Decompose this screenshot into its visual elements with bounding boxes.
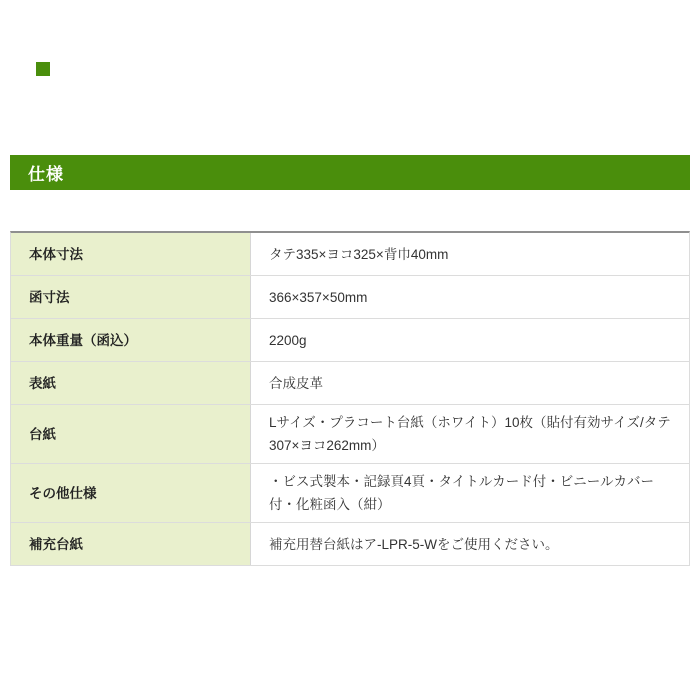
green-square-marker [36,62,50,76]
spec-table-row: 補充台紙補充用替台紙はア-LPR-5-Wをご使用ください。 [11,523,689,565]
spec-row-value: 補充用替台紙はア-LPR-5-Wをご使用ください。 [251,523,689,565]
spec-table-row: 台紙Lサイズ・プラコート台紙（ホワイト）10枚（貼付有効サイズ/タテ307×ヨコ… [11,405,689,464]
spec-table-row: 本体寸法タテ335×ヨコ325×背巾40mm [11,233,689,276]
spec-table: 本体寸法タテ335×ヨコ325×背巾40mm函寸法366×357×50mm本体重… [10,231,690,566]
spec-row-label: 台紙 [11,405,251,463]
spec-section-header: 仕様 [10,155,690,190]
spec-section-title: 仕様 [28,160,64,185]
spec-table-row: 本体重量（函込）2200g [11,319,689,362]
spec-row-value: タテ335×ヨコ325×背巾40mm [251,233,689,275]
spec-row-label: 本体寸法 [11,233,251,275]
spec-row-value: 合成皮革 [251,362,689,404]
spec-row-label: 表紙 [11,362,251,404]
spec-row-value: 366×357×50mm [251,276,689,318]
spec-row-label: 補充台紙 [11,523,251,565]
spec-row-label: その他仕様 [11,464,251,522]
spec-row-label: 函寸法 [11,276,251,318]
spec-row-value: 2200g [251,319,689,361]
spec-row-value: ・ビス式製本・記録頁4頁・タイトルカード付・ビニールカバー付・化粧函入（紺） [251,464,689,522]
product-spec-page: 仕様 本体寸法タテ335×ヨコ325×背巾40mm函寸法366×357×50mm… [0,0,700,700]
spec-table-row: その他仕様・ビス式製本・記録頁4頁・タイトルカード付・ビニールカバー付・化粧函入… [11,464,689,523]
spec-row-value: Lサイズ・プラコート台紙（ホワイト）10枚（貼付有効サイズ/タテ307×ヨコ26… [251,405,689,463]
spec-table-row: 函寸法366×357×50mm [11,276,689,319]
spec-row-label: 本体重量（函込） [11,319,251,361]
spec-table-row: 表紙合成皮革 [11,362,689,405]
